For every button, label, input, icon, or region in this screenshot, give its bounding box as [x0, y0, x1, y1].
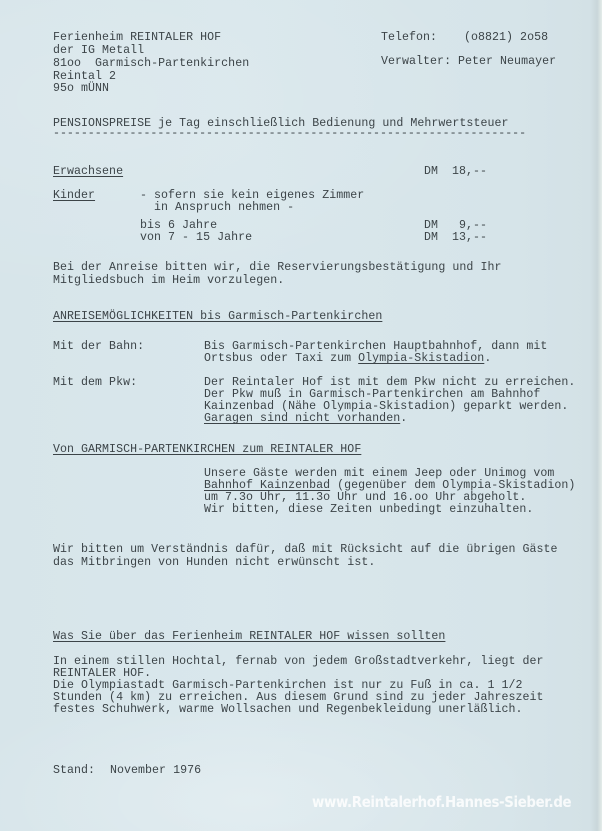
stand-label: Stand: — [53, 764, 95, 777]
train-label: Mit der Bahn: — [53, 340, 144, 353]
pets-note-line: das Mitbringen von Hunden nicht erwünsch… — [53, 556, 375, 569]
train-text: Ortsbus oder Taxi zum Olympia-Skistadion… — [204, 352, 491, 365]
car-text: Garagen sind nicht vorhanden. — [204, 412, 407, 425]
adults-label: Erwachsene — [53, 165, 123, 178]
pets-note-line: Wir bitten um Verständnis dafür, daß mit… — [53, 543, 558, 556]
address-line: Ferienheim REINTALER HOF — [53, 31, 221, 44]
transfer-heading: Von GARMISCH-PARTENKIRCHEN zum REINTALER… — [53, 443, 361, 456]
travel-heading: ANREISEMÖGLICHKEITEN bis Garmisch-Parten… — [53, 310, 382, 323]
garage-note: Garagen sind nicht vorhanden — [204, 412, 400, 425]
arrival-note-line: Mitgliedsbuch im Heim vorzulegen. — [53, 274, 284, 287]
transfer-text: Wir bitten, diese Zeiten unbedingt einzu… — [204, 503, 533, 516]
train-text-suffix: . — [484, 352, 491, 365]
manager-value: Peter Neumayer — [458, 55, 556, 68]
about-heading: Was Sie über das Ferienheim REINTALER HO… — [53, 630, 445, 643]
train-text-prefix: Ortsbus oder Taxi zum — [204, 352, 358, 365]
manager-label: Verwalter: — [381, 55, 451, 68]
children-currency: DM — [424, 231, 438, 244]
phone-value: (o8821) 2o58 — [464, 31, 548, 44]
olympia-skistadion-text: Olympia-Skistadion — [358, 352, 484, 365]
address-line: 95o mÜNN — [53, 82, 109, 95]
children-note: in Anspruch nehmen - — [140, 201, 294, 214]
adults-currency: DM — [424, 165, 438, 178]
arrival-note-line: Bei der Anreise bitten wir, die Reservie… — [53, 261, 501, 274]
adults-price: 18,-- — [452, 165, 487, 178]
about-line: festes Schuhwerk, warme Wollsachen und R… — [53, 703, 523, 716]
children-price: 13,-- — [452, 231, 487, 244]
address-line: der IG Metall — [53, 44, 144, 57]
car-label: Mit dem Pkw: — [53, 376, 137, 389]
address-line: 81oo Garmisch-Partenkirchen — [53, 57, 249, 70]
children-label: Kinder — [53, 189, 95, 202]
children-age: von 7 - 15 Jahre — [140, 231, 252, 244]
website-watermark: www.Reintalerhof.Hannes-Sieber.de — [312, 793, 571, 811]
stand-value: November 1976 — [110, 764, 201, 777]
phone-label: Telefon: — [381, 31, 437, 44]
garage-note-suffix: . — [400, 412, 407, 425]
dashed-rule: ----------------------------------------… — [53, 127, 527, 140]
